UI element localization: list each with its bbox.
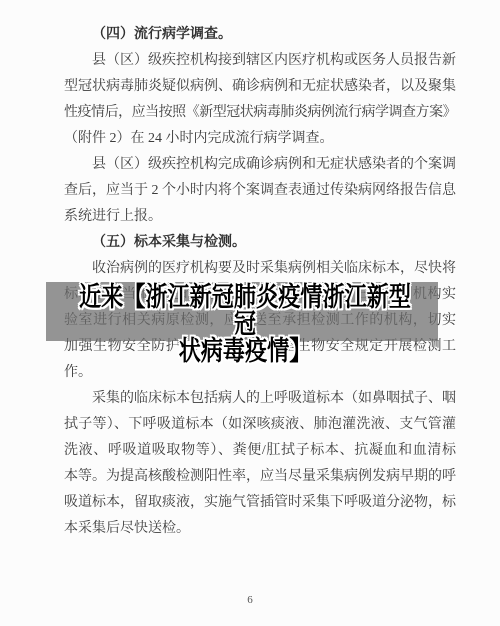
page-number: 6 <box>0 594 500 606</box>
doc-line: 查后，应当于 2 个小时内将个案调查表通过传染病网络报告信息 <box>64 178 456 204</box>
doc-line: 型冠状病毒肺炎疑似病例、确诊病例和无症状感染者，以及聚集 <box>64 74 456 100</box>
doc-line: 收治病例的医疗机构要及时采集病例相关临床标本，尽快将 <box>64 256 456 282</box>
doc-line: 本采集后尽快送检。 <box>64 516 456 542</box>
doc-line: 本等。为提高核酸检测阳性率，应当尽量采集病例发病早期的呼 <box>64 464 456 490</box>
doc-line: 吸道标本，留取痰液，实施气管插管时采集下呼吸道分泌物，标 <box>64 490 456 516</box>
doc-line: （四）流行病学调查。 <box>64 22 456 48</box>
doc-line: 系统进行上报。 <box>64 204 456 230</box>
document-page: （四）流行病学调查。县（区）级疾控机构接到辖区内医疗机构或医务人员报告新型冠状病… <box>0 0 500 626</box>
doc-line: 拭子等）、下呼吸道标本（如深咳痰液、肺泡灌洗液、支气管灌 <box>64 412 456 438</box>
headline-line-2: 状病毒疫情】 <box>77 338 413 365</box>
doc-line: 采集的临床标本包括病人的上呼吸道标本（如鼻咽拭子、咽 <box>64 386 456 412</box>
headline-overlay: 近来【浙江新冠肺炎疫情浙江新型冠 状病毒疫情】 <box>77 284 413 365</box>
doc-line: 县（区）级疾控机构接到辖区内医疗机构或医务人员报告新 <box>64 48 456 74</box>
doc-line: 县（区）级疾控机构完成确诊病例和无症状感染者的个案调 <box>64 152 456 178</box>
doc-line: 性疫情后，应当按照《新型冠状病毒肺炎病例流行病学调查方案》 <box>64 100 456 126</box>
doc-line: （五）标本采集与检测。 <box>64 230 456 256</box>
doc-line: （附件 2）在 24 小时内完成流行病学调查。 <box>64 126 456 152</box>
doc-line: 洗液、呼吸道吸取物等）、粪便/肛拭子标本、抗凝血和血清标 <box>64 438 456 464</box>
headline-line-1: 近来【浙江新冠肺炎疫情浙江新型冠 <box>77 284 413 338</box>
